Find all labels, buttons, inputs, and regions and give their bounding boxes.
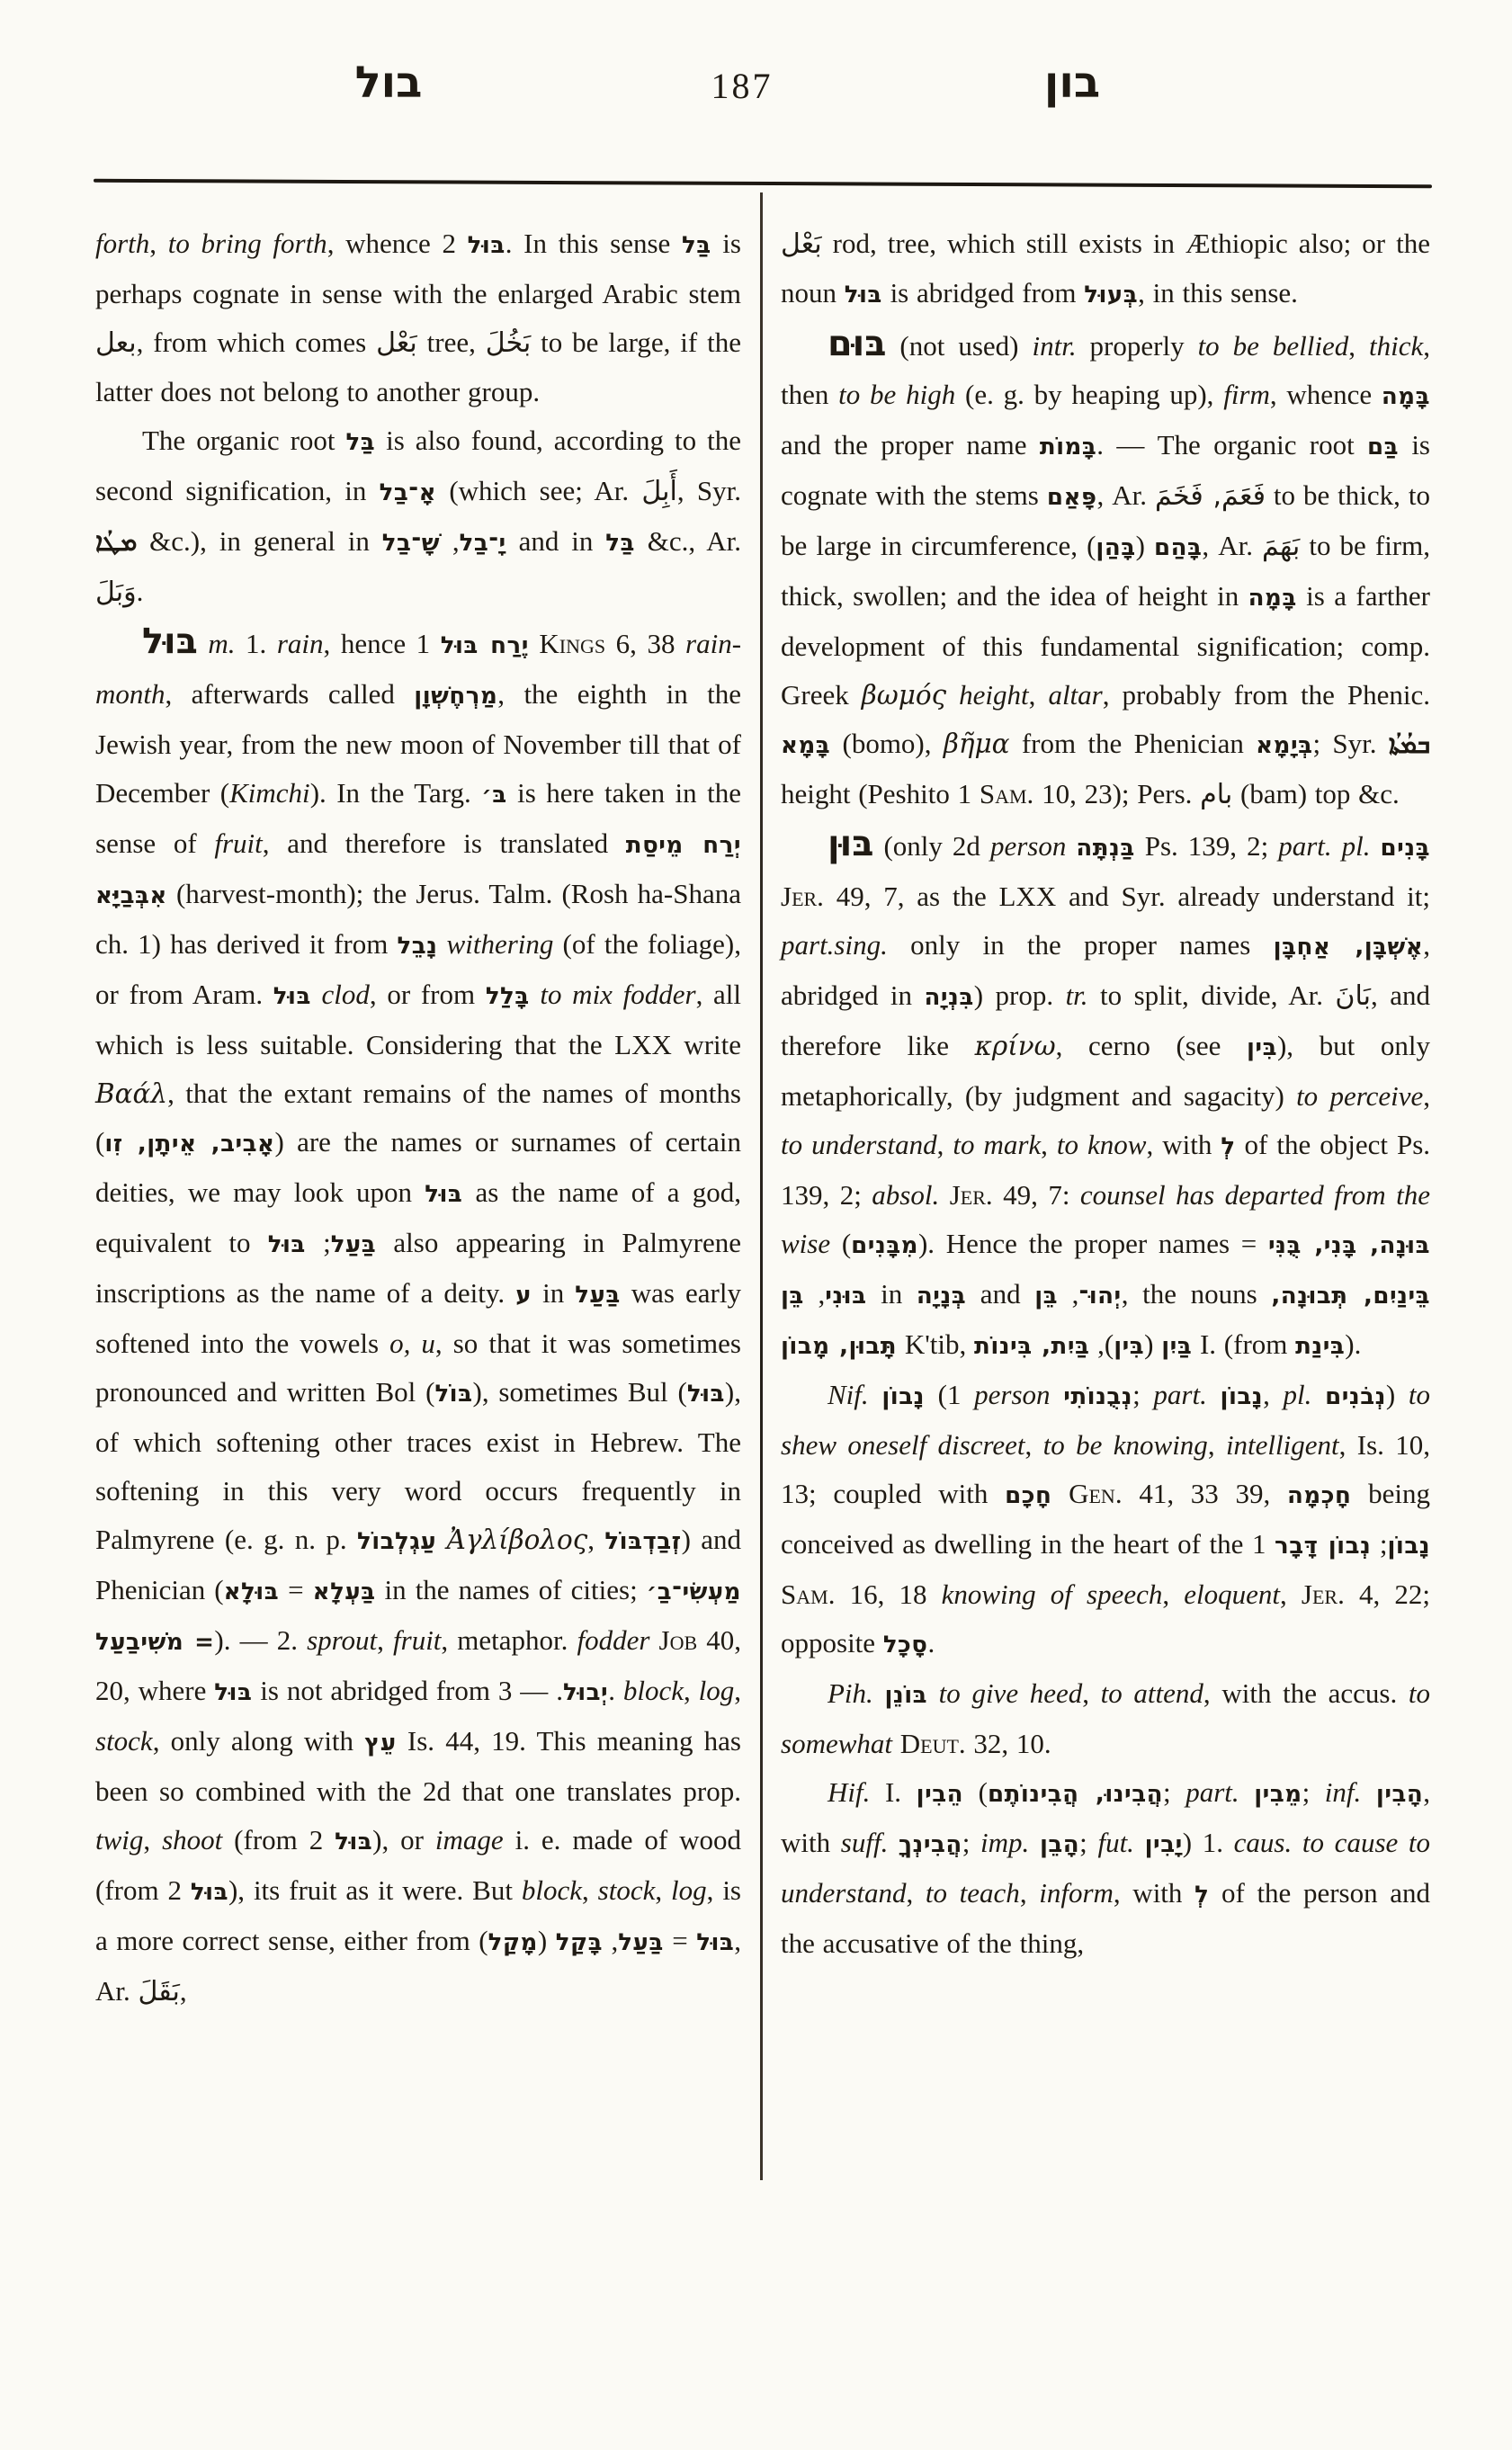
italic-text: altar [1048, 679, 1102, 711]
italic-text: fruit [393, 1624, 441, 1656]
hebrew-text: חָכְמָה [1287, 1482, 1351, 1509]
body-text: ), sometimes Bul ( [473, 1376, 687, 1408]
hebrew-text: בַּל [605, 530, 635, 557]
hebrew-text: בּ׳ [481, 782, 506, 809]
hebrew-text: עַגְלְבוֹל [357, 1528, 436, 1555]
body-text: The organic root [142, 425, 346, 456]
header-rule [94, 179, 1432, 188]
body-text: from the Phenician [1010, 728, 1257, 759]
body-text: 49, 7, as the LXX and Syr. already under… [824, 881, 1430, 912]
hebrew-text: בַּם [1367, 434, 1399, 460]
hebrew-text: בָּלַל [486, 983, 530, 1010]
body-text: ). Hence the proper names [918, 1228, 1241, 1259]
organic-root-note: The organic root בַּל is also found, acc… [95, 416, 741, 617]
body-text: , [440, 525, 460, 557]
body-text: , [937, 1129, 953, 1160]
body-text: , in this sense. [1138, 277, 1298, 308]
right-column: بَعْل rod, tree, which still exists in Æ… [781, 219, 1430, 1968]
arabic-text: فَعَمَ, فَخَمَ [1155, 480, 1266, 512]
italic-text: intelligent [1226, 1429, 1339, 1461]
body-text: , [684, 1675, 699, 1706]
body-text: (from [222, 1824, 309, 1855]
greek-text: βῆμα [944, 729, 1010, 759]
hebrew-text: יְהוּ־ [1078, 1283, 1121, 1310]
hebrew-text: נְבֹנִים [1325, 1383, 1386, 1410]
greek-text: βωμός [862, 680, 946, 711]
italic-text: to give heed [939, 1677, 1083, 1709]
hebrew-text: נְבֻנוֹתִי [1063, 1383, 1132, 1410]
italic-text: o, u [389, 1328, 435, 1359]
body-text: ; [1079, 1827, 1097, 1858]
hebrew-text: מַרְחֶשְׁוָן [414, 683, 497, 710]
greek-text: Ἀγλίβολος [447, 1525, 588, 1555]
arabic-text: بَعْل [781, 228, 822, 260]
arabic-text: بَخُلَ [486, 327, 532, 359]
hebrew-text: אָ־בַל [380, 479, 436, 506]
body-text: (which see; Ar. [436, 475, 641, 506]
hebrew-text: שָׁ־בַל [382, 530, 440, 557]
body-text: , [149, 228, 167, 259]
body-text: , [377, 1624, 393, 1656]
body-text: is abridged from [882, 277, 1084, 308]
greek-text: κρίνω [975, 1031, 1056, 1061]
italic-text: Nif. [828, 1379, 869, 1410]
italic-text: suff. [841, 1827, 889, 1858]
hebrew-text: בִּנְיָה [925, 984, 974, 1011]
italic-text: inf. [1325, 1776, 1361, 1808]
book-abbreviation: Gen. [1069, 1478, 1122, 1509]
hebrew-text: בּוּנָה, בָּנִי, בֻּנִּי [1268, 1232, 1430, 1259]
hebrew-text: מָקַל [488, 1929, 538, 1956]
hebrew-text: נְבוֹן דָּבָר [1275, 1533, 1371, 1560]
arabic-text: أَبِلَ [641, 476, 677, 507]
body-text: , [1423, 1080, 1430, 1112]
body-text: ( [963, 1776, 988, 1808]
hebrew-text: בּוּל [845, 282, 882, 308]
body-text: (1 [925, 1379, 974, 1410]
entry-bul-noun: בּוּל m. 1. rain, hence יֶרַח בּוּל 1 Ki… [95, 617, 741, 2016]
hebrew-text: עֵץ [364, 1730, 397, 1757]
italic-text: block [623, 1675, 684, 1706]
hebrew-text: בְּנָיָה [917, 1283, 966, 1310]
body-text: , with the accus. [1203, 1677, 1409, 1709]
body-text [939, 1179, 949, 1211]
italic-text: person [974, 1379, 1050, 1410]
book-abbreviation: Sam. [980, 778, 1033, 809]
hebrew-text: הֲבִינוּ, הֲבִינוֹתֶם [988, 1781, 1163, 1808]
italic-text: to understand [781, 1129, 937, 1160]
hebrew-text: בּוּל [468, 232, 505, 259]
body-text: , [1348, 330, 1369, 362]
body-text: Ps. 139, 2; [1135, 830, 1279, 862]
italic-text: stock [598, 1874, 656, 1906]
body-text: , from which comes [137, 326, 376, 358]
hebrew-text: הֵבִין [917, 1781, 963, 1808]
body-text: 10, 23); Pers. [1033, 778, 1200, 809]
body-text: . — The organic root [1096, 429, 1367, 460]
body-text [946, 679, 959, 711]
italic-text: height [959, 679, 1029, 711]
italic-text: tr. [1066, 979, 1088, 1011]
hebrew-text: בִּין [1247, 1034, 1277, 1061]
body-text: ; [1163, 1776, 1185, 1808]
italic-text: log [671, 1874, 707, 1906]
hebrew-text: בּוּל [191, 1879, 228, 1906]
body-text: only in the proper names [888, 929, 1274, 961]
pihel-section: Pih. בּוֹנֵן to give heed, to attend, wi… [781, 1669, 1430, 1768]
italic-text: intr. [1032, 330, 1076, 362]
italic-text: fut. [1097, 1827, 1133, 1858]
body-text: 16, 18 [835, 1578, 941, 1610]
hebrew-text: בֵּן [781, 1283, 804, 1310]
body-text: , Syr. [677, 475, 741, 506]
body-text: is not abridged from [252, 1675, 498, 1706]
hifil-section: Hif. I. הֵבִין (הֲבִינוּ, הֲבִינוֹתֶם; p… [781, 1768, 1430, 1968]
italic-text: clod [322, 979, 370, 1010]
body-text: , [804, 1278, 825, 1310]
body-text: , [1280, 1578, 1302, 1610]
arabic-text: بام [1200, 779, 1232, 810]
body-text: ( [538, 1925, 556, 1956]
running-head-left-keyword: בול [317, 56, 461, 110]
hebrew-text: הֲבִינְךָ [899, 1831, 962, 1858]
body-text: , [1208, 1429, 1226, 1461]
hebrew-text: לְ [1221, 1133, 1235, 1160]
hebrew-text: נָבוֹן [1387, 1533, 1430, 1560]
italic-text: forth [95, 228, 149, 259]
hebrew-text: נָבוֹן [1221, 1383, 1264, 1410]
hebrew-text: בּוּל [696, 1929, 734, 1956]
body-text [198, 628, 209, 659]
hebrew-text: בּוֹנֵן [884, 1682, 927, 1709]
body-text: = [279, 1574, 313, 1605]
italic-text: part. [1185, 1776, 1239, 1808]
hebrew-text: זְבַדְבּוֹל [604, 1528, 681, 1555]
body-text: , [1020, 1877, 1039, 1909]
hebrew-text: בַּל [346, 429, 376, 456]
body-text: ; [306, 1227, 331, 1258]
hebrew-text: בָּמָה [1382, 383, 1430, 410]
hebrew-text: הָבִין [1376, 1781, 1423, 1808]
hebrew-text: בַּעַל [331, 1231, 376, 1258]
body-text: 6, 38 [605, 628, 685, 659]
body-text: , [655, 1874, 671, 1906]
body-text: and the proper name [781, 429, 1040, 460]
body-text: , [1058, 1278, 1078, 1310]
body-text [649, 1624, 658, 1656]
hebrew-text: בְּיָמָא [1256, 732, 1312, 759]
body-text: (bam) top &c. [1232, 778, 1400, 809]
arabic-text: بَانَ [1335, 980, 1371, 1012]
italic-text: to teach [926, 1877, 1020, 1909]
body-text: , cerno (see [1056, 1030, 1247, 1061]
body-text [892, 1728, 900, 1759]
arabic-text: بَقَلَ [139, 1976, 180, 2007]
italic-text: stock [95, 1725, 153, 1757]
body-text [873, 1677, 885, 1709]
body-text [1066, 830, 1076, 862]
greek-text: Βαάλ [95, 1078, 167, 1109]
hebrew-text: בִּין [1114, 1333, 1144, 1360]
hebrew-text: חָכָם [1005, 1482, 1051, 1509]
hebrew-text: פָּאַם [1047, 484, 1097, 511]
body-text [1029, 1827, 1040, 1858]
body-text: , [180, 1975, 187, 2007]
entry-bum: בּוּם (not used) intr. properly to be be… [781, 319, 1430, 819]
italic-text: shoot [162, 1824, 222, 1855]
hebrew-text: בַּל [682, 232, 711, 259]
body-text [1051, 1478, 1069, 1509]
italic-text: to bring forth [168, 228, 327, 259]
body-text: ). [1345, 1328, 1361, 1360]
hebrew-text: יְבוּל [563, 1679, 608, 1706]
hebrew-text: בֵּן [1034, 1283, 1058, 1310]
body-text: height (Peshito 1 [781, 778, 980, 809]
italic-text: to mix fodder [540, 979, 695, 1010]
body-text [1311, 1379, 1325, 1410]
body-text: ( [1136, 530, 1154, 561]
hebrew-text: בָּנִים [1381, 835, 1430, 862]
hebrew-text: בּוּל [268, 1231, 306, 1258]
italic-text: part. pl. [1278, 830, 1370, 862]
hebrew-text: בּוּל [335, 1829, 372, 1855]
italic-text: thick [1369, 330, 1423, 362]
body-text: (only 2d [873, 830, 990, 862]
body-text: and [966, 1278, 1034, 1310]
body-text: , probably from the Phenic. [1103, 679, 1430, 711]
hebrew-text: בּוֹל [434, 1381, 472, 1408]
book-abbreviation: Kings [539, 628, 605, 659]
body-text: (bomo), [830, 728, 944, 759]
body-text: 49, 7: [993, 1179, 1080, 1211]
book-abbreviation: Jer. [950, 1179, 993, 1211]
syriac-text: ܡܛܳܐ [95, 527, 137, 557]
hebrew-text: בּוּל [273, 983, 311, 1010]
italic-text: knowing of speech [942, 1578, 1163, 1610]
hebrew-text: בָּהַן [1096, 534, 1135, 561]
italic-text: image [435, 1824, 504, 1855]
hebrew-text: אָבִיב, אֵיתָן, זִו [104, 1131, 274, 1158]
left-column: forth, to bring forth, whence בּוּל 2. I… [95, 219, 741, 2016]
hebrew-text: הָבֵן [1040, 1831, 1079, 1858]
body-text: ). — 2. [214, 1624, 307, 1656]
hebrew-text: יָבִין [1145, 1831, 1183, 1858]
body-text: , [1263, 1379, 1283, 1410]
body-text: ). In the Targ. [310, 777, 482, 809]
italic-text: m. [208, 628, 235, 659]
italic-text: inform [1039, 1877, 1114, 1909]
body-text: , Ar. [1097, 479, 1155, 511]
body-text: properly [1077, 330, 1198, 362]
italic-text: block [522, 1874, 582, 1906]
body-text: , [1025, 1429, 1043, 1461]
body-text [927, 1677, 939, 1709]
body-text: , [907, 1877, 926, 1909]
body-text [311, 979, 322, 1010]
body-text: &c.), in general in [137, 525, 382, 557]
hebrew-text: ע [515, 1282, 532, 1309]
body-text: ) 1. [1183, 1827, 1234, 1858]
body-text: = [1241, 1228, 1268, 1259]
body-text: , [1041, 1129, 1057, 1160]
body-text: . [137, 576, 144, 607]
body-text: 41, 33 39, [1123, 1478, 1287, 1509]
italic-text: Pih. [828, 1677, 873, 1709]
body-text: and in [506, 525, 606, 557]
italic-text: fodder [577, 1624, 650, 1656]
body-text: in [867, 1278, 917, 1310]
hebrew-text: בָּקַל [556, 1929, 603, 1956]
italic-text: eloquent [1184, 1578, 1280, 1610]
body-text: , [1162, 1578, 1184, 1610]
hebrew-text: בּוּלָא [224, 1578, 280, 1605]
body-text: (not used) [886, 330, 1032, 362]
body-text: 1 [1252, 1528, 1275, 1560]
entry-headword: בּוּל [142, 621, 198, 662]
hebrew-text: בַּעְלָא [313, 1578, 376, 1605]
italic-text: to be bellied [1198, 330, 1349, 362]
hebrew-text: סָכָל [883, 1632, 928, 1659]
body-text: 32, 10. [966, 1728, 1051, 1759]
hebrew-text: בְּעוּל [1084, 282, 1138, 308]
baal-rod-continuation: بَعْل rod, tree, which still exists in Æ… [781, 219, 1430, 319]
italic-text: part.sing. [781, 929, 888, 961]
hebrew-text: יֶרַח בּוּל [441, 632, 529, 659]
italic-text: absol. [872, 1179, 939, 1211]
hebrew-text: בָּמָה [1248, 585, 1297, 612]
body-text: ; [962, 1827, 980, 1858]
body-text: = [664, 1925, 697, 1956]
italic-text: Kimchi [229, 777, 310, 809]
syriac-text: ܒܡܳܬܳܐ [1389, 729, 1430, 759]
italic-text: firm [1223, 379, 1270, 410]
italic-text: log [699, 1675, 735, 1706]
italic-text: twig [95, 1824, 143, 1855]
hebrew-text: מִבָּנִים [851, 1232, 918, 1259]
body-text: , only along with [153, 1725, 365, 1757]
italic-text: to attend [1101, 1677, 1203, 1709]
hebrew-text: נָבוֹן [881, 1383, 925, 1410]
italic-text: fruit [214, 827, 262, 859]
italic-text: withering [447, 928, 554, 960]
hebrew-text: בַּעַל [575, 1282, 620, 1309]
body-text: (e. g. by heaping up), [955, 379, 1223, 410]
body-text: ( [1144, 1328, 1161, 1360]
body-text: I. [870, 1776, 916, 1808]
book-abbreviation: Deut. [900, 1728, 966, 1759]
body-text: , [587, 1524, 604, 1555]
body-text: to split, divide, Ar. [1088, 979, 1336, 1011]
body-text: , afterwards called [166, 678, 415, 710]
body-text: ; [1302, 1776, 1325, 1808]
italic-text: part. [1153, 1379, 1206, 1410]
body-text: ) prop. [974, 979, 1066, 1011]
body-text: , [603, 1925, 618, 1956]
body-text: , [1082, 1677, 1100, 1709]
body-text: , with [1146, 1129, 1221, 1160]
hebrew-text: יָ־בַל [460, 530, 506, 557]
column-divider [760, 192, 763, 2180]
italic-text: imp. [980, 1827, 1029, 1858]
book-abbreviation: Jer. [781, 881, 824, 912]
body-text: , the nouns [1122, 1278, 1272, 1310]
hebrew-text: לְ [1194, 1882, 1209, 1909]
body-text: &c., Ar. [635, 525, 741, 557]
book-abbreviation: Jer. [1302, 1578, 1345, 1610]
arabic-text: وَبَلَ [95, 577, 137, 608]
italic-text: sprout [307, 1624, 377, 1656]
body-text [1051, 1379, 1064, 1410]
running-head-right-keyword: בון [1000, 56, 1144, 110]
book-abbreviation: Sam. [781, 1578, 835, 1610]
hebrew-text: בַּעַל [618, 1929, 663, 1956]
hebrew-text: בָּמָא [781, 732, 830, 759]
body-text: K'tib, [897, 1328, 974, 1360]
body-text: ; [1132, 1379, 1153, 1410]
entry-headword: בּוּן [828, 823, 873, 864]
body-text: in the names of cities; [376, 1574, 647, 1605]
hebrew-text: בִּינַת [1295, 1333, 1345, 1360]
entry-bun: בּוּן (only 2d person בַּנְתָּה Ps. 139,… [781, 819, 1430, 1371]
body-text [530, 979, 541, 1010]
body-text: ) [1386, 1379, 1409, 1410]
book-abbreviation: Job [659, 1624, 698, 1656]
hebrew-text: בַּיִן [1161, 1333, 1192, 1360]
body-text: , [734, 1675, 741, 1706]
hebrew-text: בָּהַם [1154, 534, 1202, 561]
body-text: , [582, 1874, 598, 1906]
arabic-text: بعل [95, 327, 137, 359]
body-text: 1. [236, 628, 277, 659]
body-text: , hence [324, 628, 416, 659]
hebrew-text: בּוּל [687, 1381, 725, 1408]
italic-text: to mark [953, 1129, 1041, 1160]
hebrew-text: בָּמוֹת [1040, 434, 1096, 460]
body-text [436, 1524, 446, 1555]
hebrew-text: בּוּנִי [825, 1283, 866, 1310]
hebrew-text: אֶשְׁבָּן, אַחְבָּן [1274, 934, 1424, 961]
body-text: 2), or [309, 1824, 435, 1855]
page-number: 187 [675, 65, 810, 107]
italic-text: to perceive [1296, 1080, 1423, 1112]
italic-text: person [990, 830, 1066, 862]
body-text: ; [1371, 1528, 1387, 1560]
body-text: tree, [417, 326, 486, 358]
hebrew-text: בּוּל [425, 1181, 462, 1208]
body-text: , [1029, 679, 1049, 711]
hebrew-text: בַּנְתָּה [1076, 835, 1134, 862]
body-text [1361, 1776, 1376, 1808]
bul-verb-continuation: forth, to bring forth, whence בּוּל 2. I… [95, 219, 741, 416]
hebrew-text: מֵבִין [1254, 1781, 1302, 1808]
body-text [1371, 830, 1381, 862]
italic-text: to know [1057, 1129, 1147, 1160]
italic-text: caus. [1234, 1827, 1293, 1858]
body-text [1134, 1827, 1145, 1858]
italic-text: to be high [838, 379, 955, 410]
italic-text: pl. [1284, 1379, 1312, 1410]
nifal-section: Nif. נָבוֹן (1 person נְבֻנוֹתִי; part. … [781, 1371, 1430, 1669]
body-text [888, 1827, 899, 1858]
body-text: in [532, 1277, 575, 1309]
hebrew-text: בּוּל [214, 1679, 252, 1706]
body-text: . [928, 1627, 935, 1659]
body-text [1239, 1776, 1255, 1808]
body-text: , [143, 1824, 162, 1855]
body-text: I. (from [1192, 1328, 1295, 1360]
body-text: , and therefore is translated [263, 827, 626, 859]
body-text: , whence [1270, 379, 1382, 410]
